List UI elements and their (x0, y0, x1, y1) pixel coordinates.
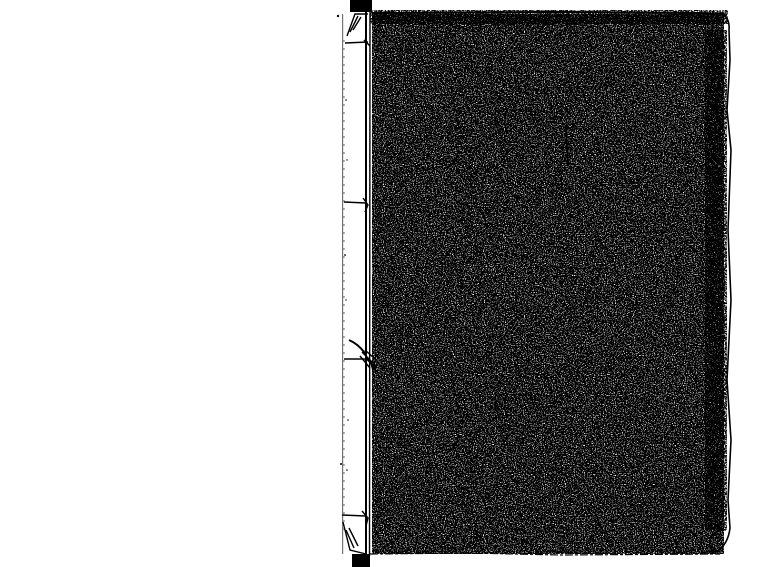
stitch-station-2 (344, 198, 368, 212)
spine-left-edge (342, 14, 343, 554)
paper-texture (372, 14, 724, 554)
stitch-station-4 (342, 511, 368, 526)
bottom-corner-fold (343, 522, 366, 554)
top-binding-tab (350, 0, 372, 12)
bottom-binding-tab (352, 554, 370, 567)
book-cover-scan (0, 0, 768, 567)
right-edge-grime (705, 30, 727, 530)
top-corner-fold (347, 14, 368, 36)
